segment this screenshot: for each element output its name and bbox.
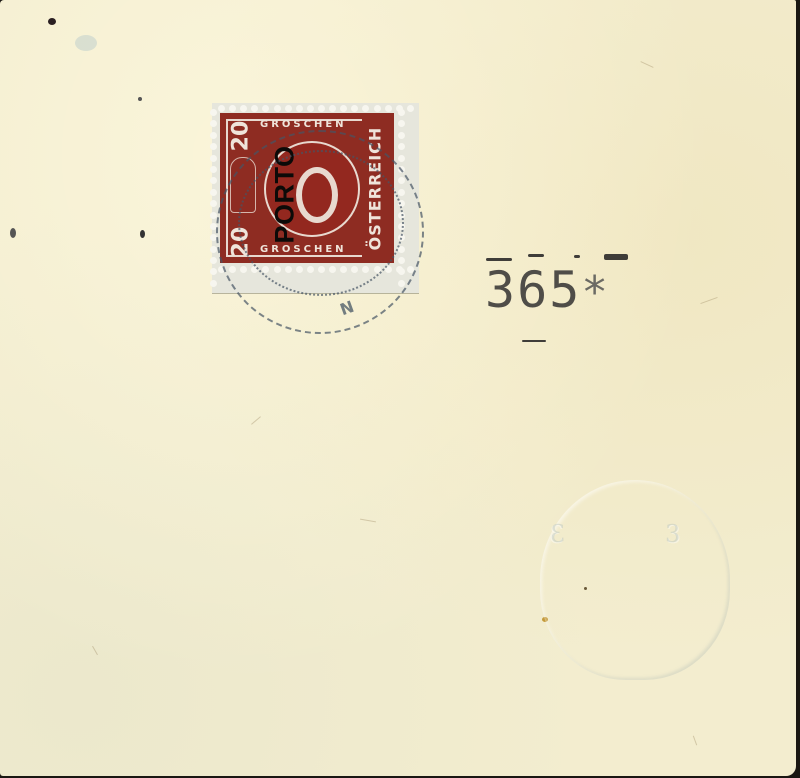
number-value: 365 bbox=[485, 261, 581, 319]
dash-mark bbox=[522, 340, 546, 342]
ink-speck bbox=[48, 18, 56, 25]
dash-mark bbox=[528, 254, 544, 257]
ink-speck bbox=[138, 97, 142, 101]
dash-mark bbox=[574, 255, 580, 258]
ink-speck bbox=[10, 228, 16, 238]
currency-top: GROSCHEN bbox=[260, 119, 347, 130]
number-handstamp: 365* bbox=[485, 265, 610, 315]
blue-smudge bbox=[75, 35, 97, 51]
embossed-seal: 3 3 bbox=[540, 480, 730, 680]
ink-speck bbox=[140, 230, 145, 238]
dash-mark bbox=[604, 254, 628, 260]
emboss-mark-left: 3 bbox=[550, 520, 565, 548]
emboss-mark-right: 3 bbox=[665, 520, 680, 548]
denomination-top: 20 bbox=[230, 121, 252, 152]
asterisk-icon: * bbox=[581, 267, 610, 318]
postmark-inner-ring bbox=[238, 150, 404, 296]
